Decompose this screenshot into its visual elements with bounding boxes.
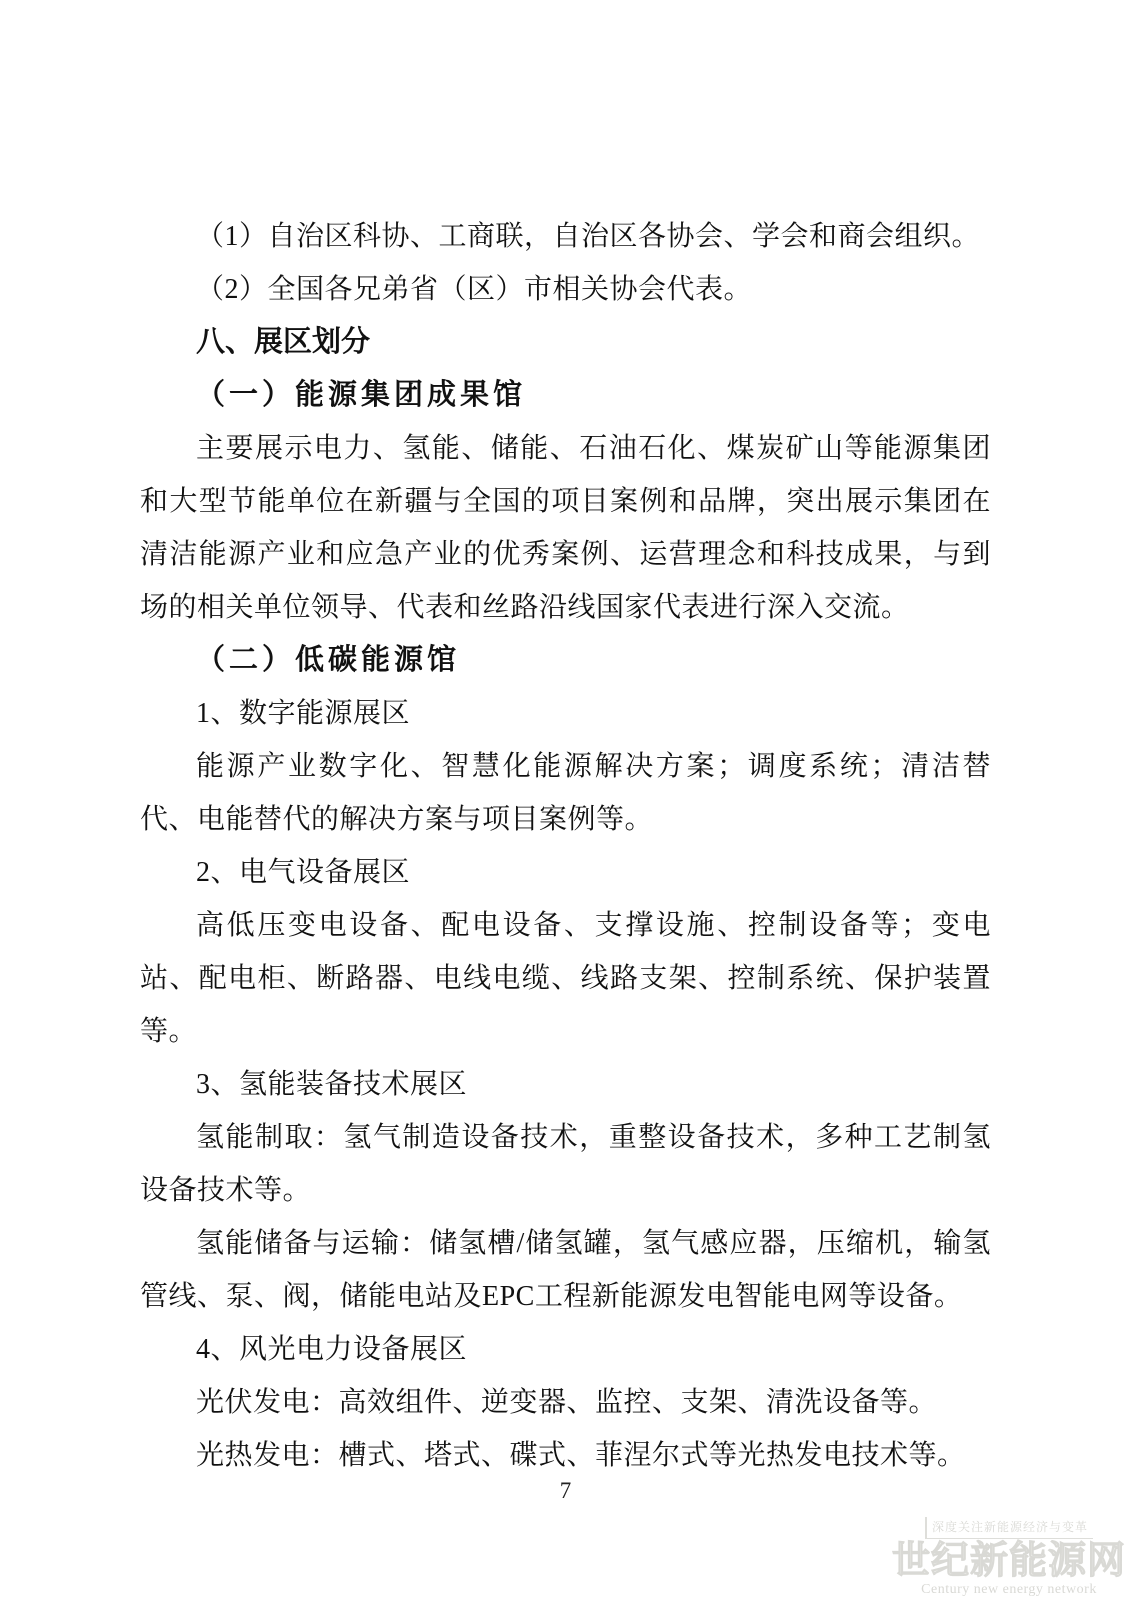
paragraph: 光热发电：槽式、塔式、碟式、菲涅尔式等光热发电技术等。 <box>140 1429 991 1482</box>
paragraph: 1、数字能源展区 <box>140 687 991 740</box>
paragraph: 主要展示电力、氢能、储能、石油石化、煤炭矿山等能源集团和大型节能单位在新疆与全国… <box>140 422 991 634</box>
paragraph: 3、氢能装备技术展区 <box>140 1058 991 1111</box>
paragraph: 2、电气设备展区 <box>140 846 991 899</box>
paragraph: 光伏发电：高效组件、逆变器、监控、支架、清洗设备等。 <box>140 1376 991 1429</box>
paragraph: 4、风光电力设备展区 <box>140 1323 991 1376</box>
paragraph: 氢能制取：氢气制造设备技术，重整设备技术，多种工艺制氢设备技术等。 <box>140 1111 991 1217</box>
paragraph: （2）全国各兄弟省（区）市相关协会代表。 <box>140 263 991 316</box>
heading-primary: 八、展区划分 <box>140 316 991 369</box>
document-page: （1）自治区科协、工商联，自治区各协会、学会和商会组织。（2）全国各兄弟省（区）… <box>0 0 1131 1600</box>
paragraph: 氢能储备与运输：储氢槽/储氢罐，氢气感应器，压缩机，输氢管线、泵、阀，储能电站及… <box>140 1217 991 1323</box>
paragraph: 能源产业数字化、智慧化能源解决方案；调度系统；清洁替代、电能替代的解决方案与项目… <box>140 740 991 846</box>
paragraph: （1）自治区科协、工商联，自治区各协会、学会和商会组织。 <box>140 210 991 263</box>
watermark-tagline: 深度关注新能源经济与变革 <box>925 1517 1093 1539</box>
heading-secondary: （一）能源集团成果馆 <box>140 369 991 422</box>
watermark-subtitle: Century new energy network <box>892 1582 1126 1598</box>
heading-secondary: （二）低碳能源馆 <box>140 634 991 687</box>
watermark: 深度关注新能源经济与变革 世纪新能源网 Century new energy n… <box>892 1517 1126 1598</box>
document-body: （1）自治区科协、工商联，自治区各协会、学会和商会组织。（2）全国各兄弟省（区）… <box>140 210 991 1482</box>
watermark-title: 世纪新能源网 <box>892 1540 1126 1582</box>
page-number: 7 <box>0 1478 1131 1504</box>
paragraph: 高低压变电设备、配电设备、支撑设施、控制设备等；变电站、配电柜、断路器、电线电缆… <box>140 899 991 1058</box>
